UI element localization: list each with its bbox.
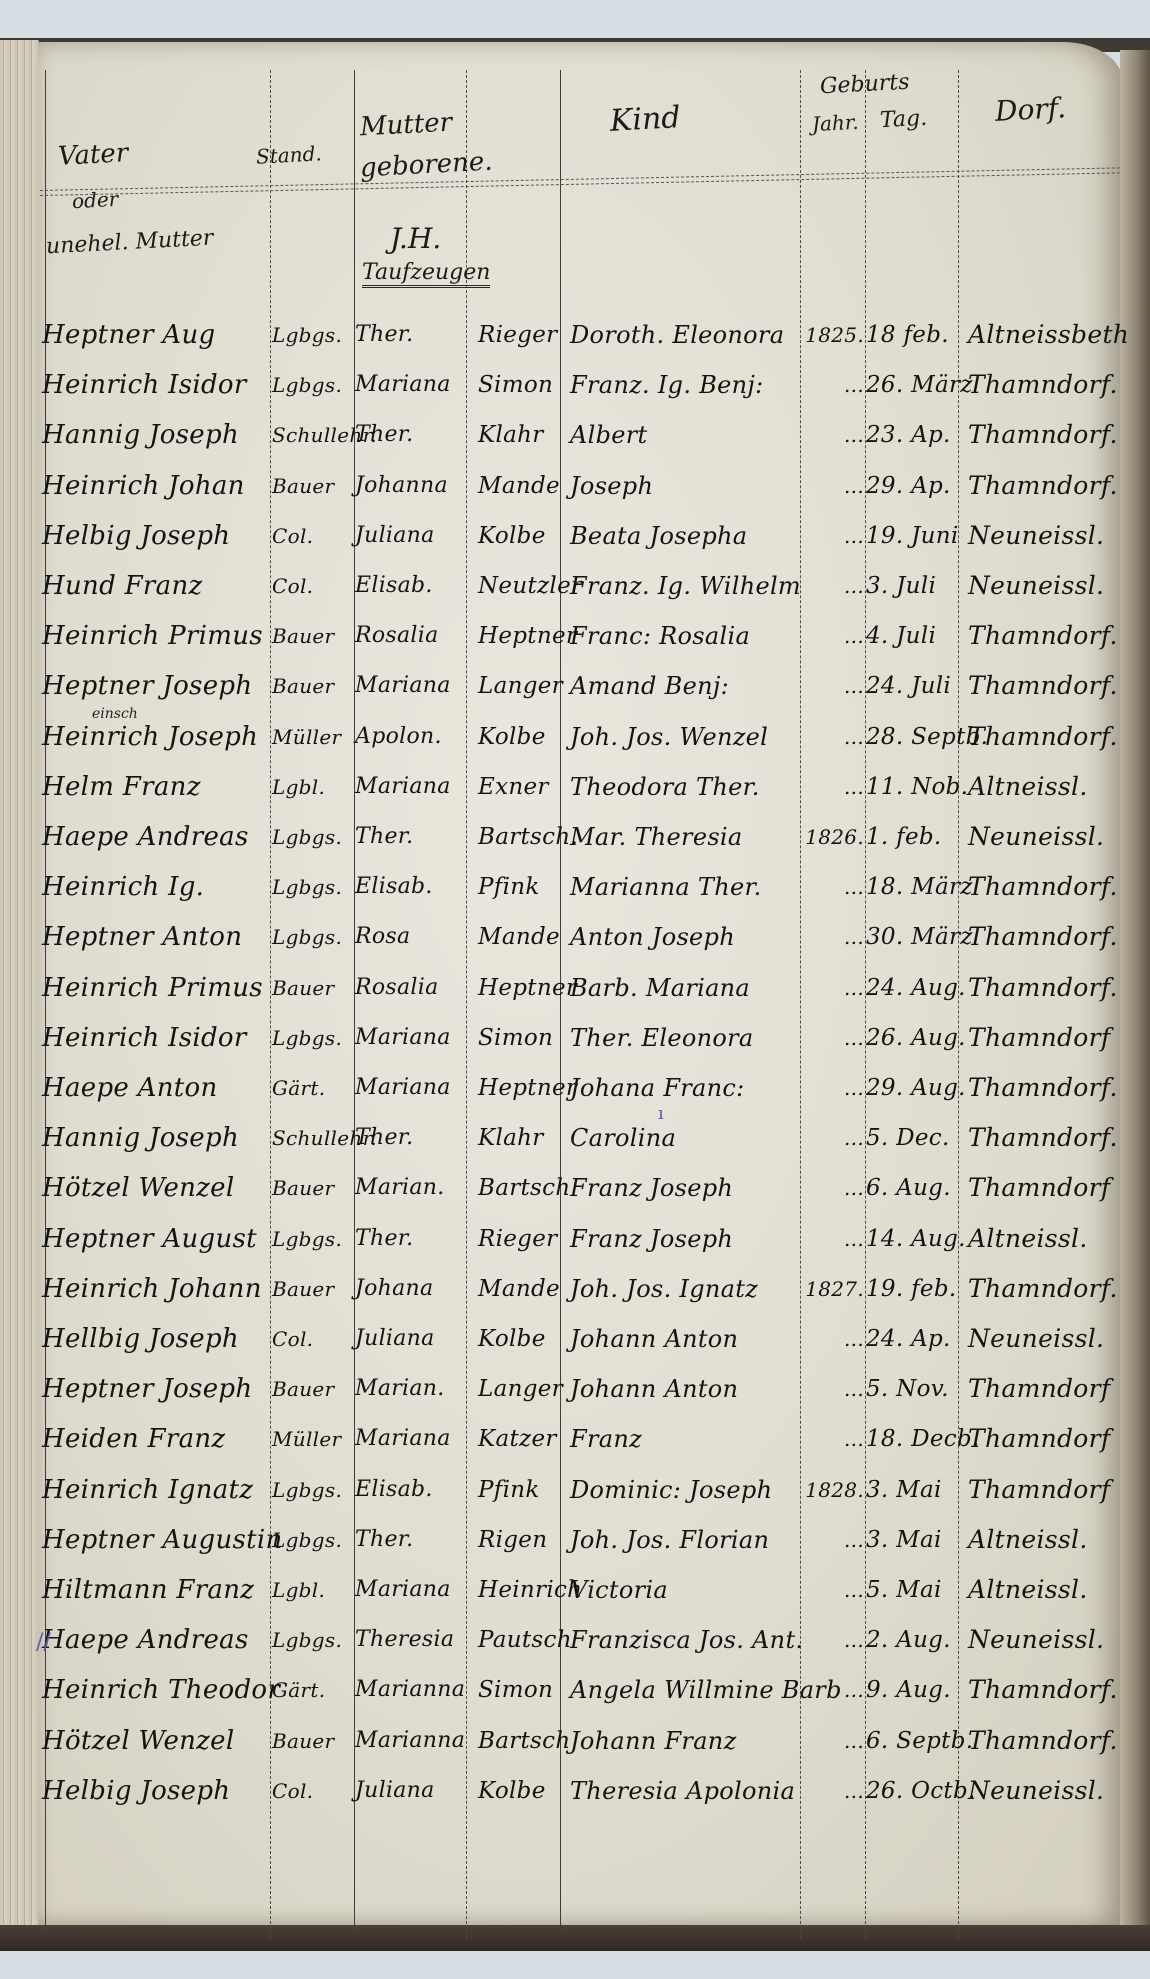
header-birth-day: Tag. [879,104,928,136]
father-annotation: einsch [92,706,138,722]
table-row: Helbig JosephCol.JulianaKolbeTheresia Ap… [0,1762,1150,1820]
stand-cell: Col. [272,1762,352,1820]
father-cell: Helbig Joseph [42,1762,270,1820]
header-village: Dorf. [994,93,1066,127]
book-bottom-edge [0,1925,1150,1951]
header-stand: Stand. [255,138,322,171]
child-name-cell: Theresia Apolonia [570,1762,810,1820]
birth-year-cell: ... [802,1762,864,1820]
header-mother-sub1: J.H. [390,222,441,255]
header-child: Kind [609,103,681,137]
mother-first-name-cell: Juliana [355,1762,475,1820]
header-mother-sub2: Taufzeugen [362,260,490,285]
header-mother-line1: Mutter [359,108,453,143]
birth-date-cell: 26. Octb. [866,1762,966,1820]
blue-pencil-hash-mark: // [36,1630,51,1655]
header-birth-year: Jahr. [811,107,859,139]
blue-pencil-mark: ı [658,1103,664,1124]
header-birth: Geburts [819,68,910,103]
village-cell: Neuneissl. [968,1762,1108,1820]
header-taufzeugen: Taufzeugen [362,260,490,288]
header-father-oder: oder [71,184,119,216]
header-father: Vater [57,138,129,172]
